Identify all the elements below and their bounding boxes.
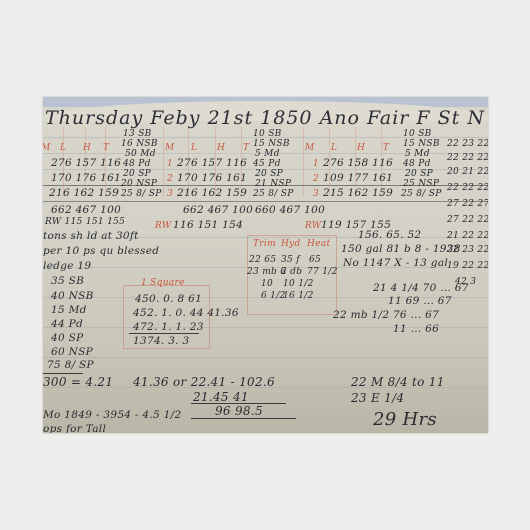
right-note: 150 gal 81 b 8 - 1938 (341, 243, 461, 255)
right-number: 21 22 22 (447, 231, 488, 241)
col-header: T (383, 143, 389, 153)
block2-note: 20 SP (255, 169, 283, 179)
block2-note: 21 NSP (255, 179, 291, 189)
block3-note: 20 SP (405, 169, 433, 179)
block3-row: 109 177 161 (323, 172, 393, 184)
row-number: 1 (167, 159, 173, 169)
right-number: 27 22 22 (447, 215, 488, 225)
block1-note: 25 8/ SP (121, 189, 162, 199)
square-label: 1 Square (141, 278, 185, 288)
block2-note: 15 NSB (253, 139, 290, 149)
left-note: 44 Pd (51, 318, 83, 330)
right-number: 22 22 22 (447, 153, 488, 163)
trim-cell: 6 1/2 (261, 291, 286, 301)
col-header: T (243, 143, 249, 153)
ruled-line (43, 201, 488, 202)
bottom-note: 29 Hrs (373, 409, 437, 430)
row-number: 2 (167, 174, 173, 184)
col-header: H (217, 143, 225, 153)
block2-note: 25 8/ SP (253, 189, 294, 199)
trim-header: Hyd (281, 239, 301, 249)
bottom-note: 23 E 1/4 (351, 391, 404, 405)
col-header: T (103, 143, 109, 153)
grid-line (163, 127, 164, 197)
right-number: 27 22 27 2 (447, 199, 488, 209)
right-note: No 1147 X - 13 gal (343, 257, 448, 269)
col-header: M (165, 143, 175, 153)
left-note: per 10 ps qu blessed (43, 245, 159, 257)
ledger-photo: Thursday Feby 21st 1850 Ano Fair F St N … (43, 97, 488, 433)
block1-row: 216 162 159 (49, 187, 119, 199)
block3-note: 10 SB (403, 129, 432, 139)
block2-total: 662 467 100 (183, 204, 253, 216)
row-number: 2 (313, 174, 319, 184)
left-note: 15 Md (51, 304, 87, 316)
left-note: 40 SP (51, 332, 83, 344)
footer-note: ops for Tall (43, 423, 106, 433)
block2-row: 170 176 161 (177, 172, 247, 184)
grid-line (303, 127, 304, 197)
trim-cell: 22 65 (249, 255, 276, 265)
ruled-line (43, 357, 488, 358)
rw-label: RW (155, 221, 171, 231)
col-header: L (331, 143, 337, 153)
trim-cell: 16 1/2 (283, 291, 314, 301)
row-number: 3 (313, 189, 319, 199)
block3-row: 276 158 116 (323, 157, 393, 169)
underline (43, 373, 83, 374)
trim-cell: 35 f (281, 255, 300, 265)
block3-note: 25 8/ SP (401, 189, 442, 199)
block3-note: 5 Md (405, 149, 430, 159)
col-header: M (305, 143, 315, 153)
row-number: 1 (313, 159, 319, 169)
calc-line: 21.45 41 (193, 390, 249, 404)
col-header: L (191, 143, 197, 153)
block1-note: 50 Md (125, 149, 156, 159)
block1-note: 13 SB (123, 129, 152, 139)
block2-row: 276 157 116 (177, 157, 247, 169)
block3-note: 25 NSP (403, 179, 439, 189)
left-note: 75 8/ SP (47, 359, 94, 371)
col-header: L (60, 143, 66, 153)
block2-row: 216 162 159 (177, 187, 247, 199)
col-header: H (357, 143, 365, 153)
block3-total: 660 467 100 (255, 204, 325, 216)
trim-cell: 77 1/2 (307, 267, 338, 277)
block1-note: 48 Pd (123, 159, 151, 169)
calc-line: 41.36 or 22.41 - 102.6 (133, 375, 275, 389)
right-note: 21 4 1/4 70 ... 67 (373, 282, 469, 294)
block2-note: 10 SB (253, 129, 282, 139)
underline (191, 418, 296, 419)
block2-note: 45 Pd (253, 159, 281, 169)
square-row: 1374. 3. 3 (133, 335, 189, 347)
block3-row: 215 162 159 (323, 187, 393, 199)
right-number: 20 21 22 (447, 167, 488, 177)
rw-label: RW (305, 221, 321, 231)
block1-note: 20 NSP (121, 179, 157, 189)
ledger-heading: Thursday Feby 21st 1850 Ano Fair F St N (45, 107, 485, 129)
block3-note: 15 NSB (403, 139, 440, 149)
trim-cell: 10 (261, 279, 273, 289)
trim-header: Trim (253, 239, 276, 249)
bottom-note: 22 M 8/4 to 11 (351, 375, 445, 389)
right-note: 11 69 ... 67 (388, 295, 452, 307)
underline (129, 333, 199, 334)
square-row: 450. 0. 8 61 (135, 293, 202, 305)
block1-note: 20 SP (123, 169, 151, 179)
right-note: 11 ... 66 (393, 323, 439, 335)
col-header: M (43, 143, 51, 153)
footer-note: Mo 1849 - 3954 - 4.5 1/2 (43, 409, 181, 421)
right-number: 22 23 22 2 (447, 139, 488, 149)
block1-note: 16 NSB (121, 139, 158, 149)
left-note: ledge 19 (43, 260, 91, 272)
right-number: 22 22 22 (447, 183, 488, 193)
block1-row: 276 157 116 (51, 157, 121, 169)
left-note: 300 = 4.21 (43, 375, 113, 389)
trim-cell: 10 1/2 (283, 279, 314, 289)
right-note: 156. 65. 52 (358, 229, 421, 241)
right-note: 22 mb 1/2 76 ... 67 (333, 309, 439, 321)
block3-note: 48 Pd (403, 159, 431, 169)
square-row: 452. 1. 0. 44 41.36 (133, 307, 239, 319)
row-number: 3 (167, 189, 173, 199)
block1-total: 662 467 100 (51, 204, 121, 216)
trim-header: Heat (307, 239, 330, 249)
left-note: tons sh ld at 30ft (43, 230, 139, 242)
left-note: 35 SB (51, 275, 84, 287)
col-header: H (83, 143, 91, 153)
left-note: 40 NSB (51, 290, 94, 302)
trim-cell: 65 (309, 255, 321, 265)
block1-row: 170 176 161 (51, 172, 121, 184)
block2-note: 5 Md (255, 149, 280, 159)
left-note: 60 NSP (51, 346, 93, 358)
rw-value: 116 151 154 (173, 219, 243, 231)
trim-cell: 2 db (281, 267, 302, 277)
calc-line: 96 98.5 (215, 404, 263, 418)
square-row: 472. 1. 1. 23 (133, 321, 204, 333)
left-rw: RW 115 151 155 (45, 217, 125, 227)
right-number: 19 22 22 (447, 261, 488, 271)
